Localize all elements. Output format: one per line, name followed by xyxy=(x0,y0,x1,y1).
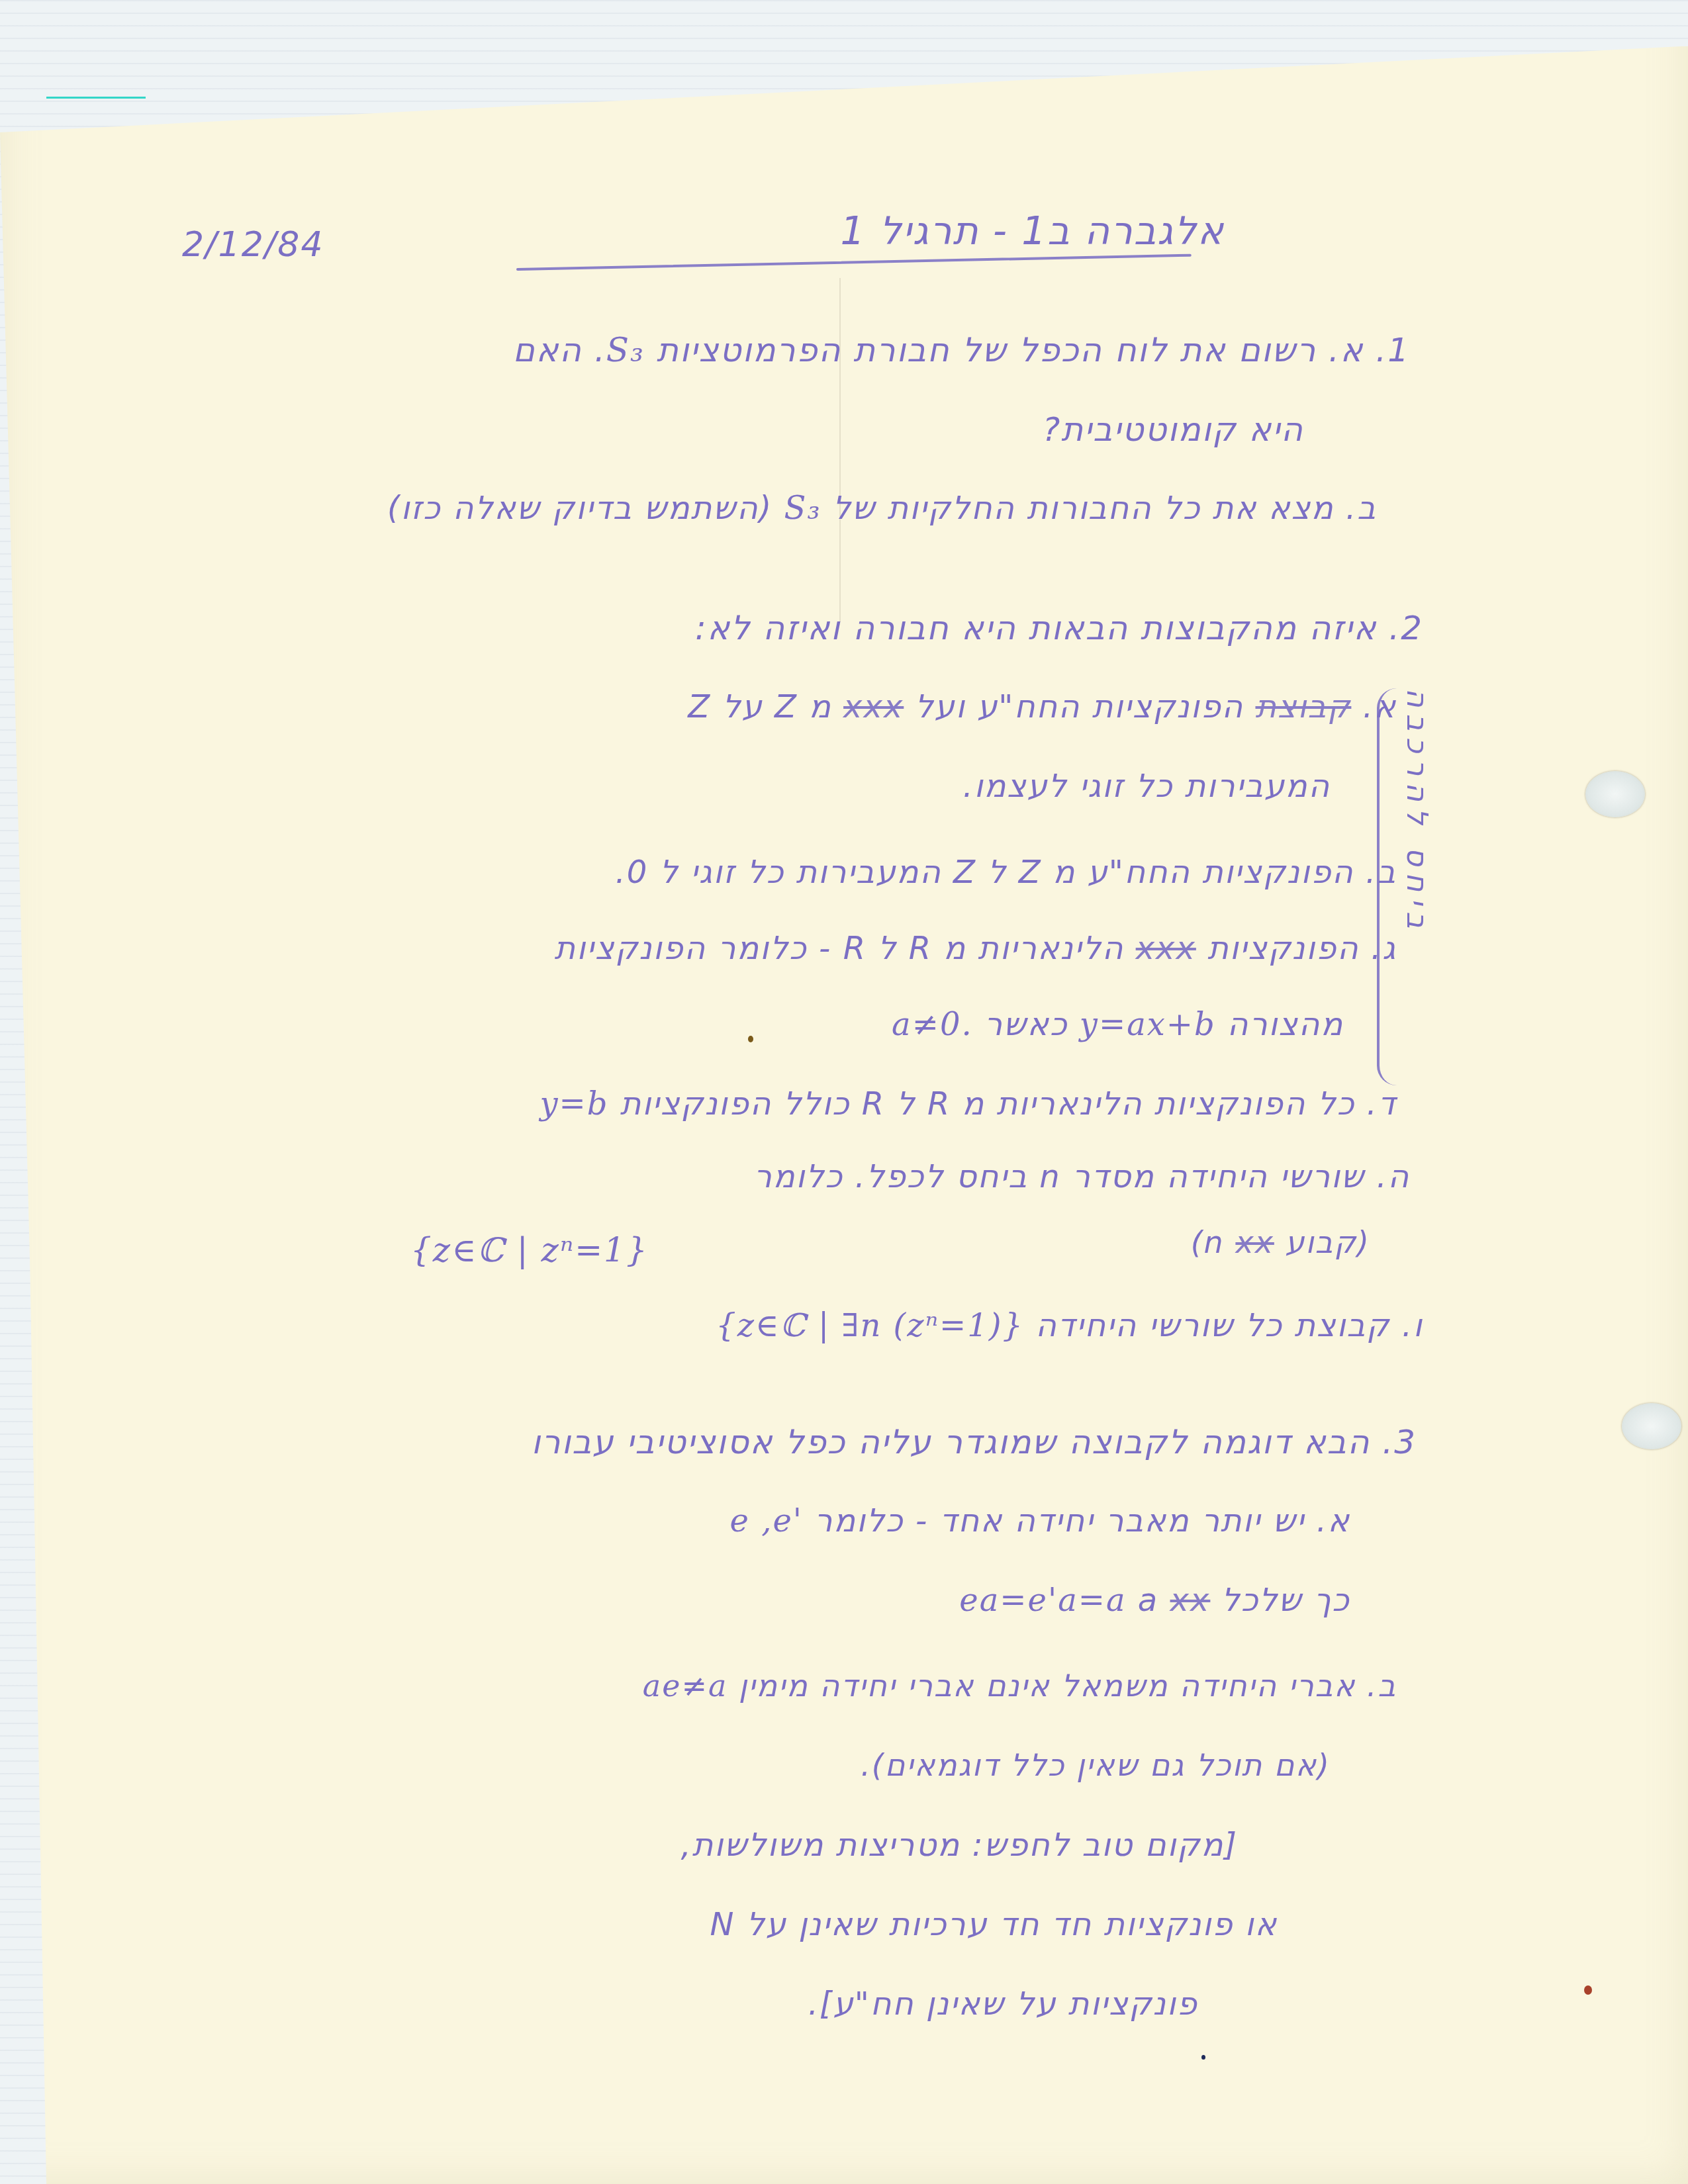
question-2c-continuation: מהצורה y=ax+b כאשר a≠0. xyxy=(892,1006,1344,1043)
question-2-intro: 2. איזה מהקבוצות הבאות היא חבורה ואיזה ל… xyxy=(695,609,1423,647)
hint-line-2: או פונקציות חד חד ערכיות שאינן על N xyxy=(710,1906,1278,1943)
question-2f: ו. קבוצת כל שורשי היחידה {z∈ℂ | ∃n (zⁿ=1… xyxy=(716,1307,1423,1344)
hint-line-3: פונקציות על שאינן חח"ע]. xyxy=(808,1985,1198,2023)
part-label: א. xyxy=(1363,688,1397,725)
question-3-intro: 3. הבא דוגמה לקבוצה שמוגדר עליה כפל אסוצ… xyxy=(532,1423,1417,1461)
math-expression: y=ax+b xyxy=(1080,1006,1216,1043)
math-expression: y=b xyxy=(539,1085,608,1122)
part-text: מצא את כל החבורות החלקיות של xyxy=(833,490,1335,527)
math-expression: ea=e'a=a xyxy=(959,1582,1126,1619)
punch-hole-icon xyxy=(1622,1403,1681,1449)
math-expression: e ,e' xyxy=(730,1502,804,1539)
math-expression: a≠0. xyxy=(892,1006,973,1043)
part-text: הלינאריות מ R ל R - כלומר הפונקציות xyxy=(555,930,1125,967)
part-text: הפונקציות xyxy=(1207,930,1360,967)
part-label: א. xyxy=(1329,331,1364,369)
dirt-speck-icon xyxy=(748,1036,753,1042)
ink-stain-icon xyxy=(1584,1985,1592,1995)
part-label: ב. xyxy=(1366,854,1397,891)
dirt-speck-icon xyxy=(1201,2055,1205,2060)
part-label: ו. xyxy=(1402,1307,1423,1344)
scanner-artifact-streak xyxy=(46,97,146,99)
part-text: כאשר xyxy=(984,1006,1068,1043)
page-title: אלגברה ב1 - תרגיל 1 xyxy=(840,208,1225,253)
part-text: הפונקציות החח"ע מ Z ל Z המעבירות כל זוגי… xyxy=(616,854,1354,891)
question-number: 1. xyxy=(1376,331,1410,369)
margin-note: ביחס להרכבה xyxy=(1400,688,1434,935)
math-set-expression: {z∈ℂ | zⁿ=1} xyxy=(410,1231,649,1269)
question-2e: ה. שורשי היחידה מסדר n ביחס לכפל. כלומר xyxy=(754,1158,1410,1195)
math-set-expression: {z∈ℂ | ∃n (zⁿ=1)} xyxy=(716,1307,1024,1344)
note-text: קבוע) xyxy=(1285,1224,1370,1260)
part-text: יש יותר מאבר יחידה אחד - כלומר xyxy=(814,1502,1305,1539)
math-expression: ae≠a xyxy=(643,1668,728,1704)
math-expression: S₃ xyxy=(606,331,645,369)
math-expression: S₃ xyxy=(784,490,821,527)
part-label: ב. xyxy=(1367,1668,1397,1704)
struck-text: xx xyxy=(1235,1224,1274,1260)
question-3a-continuation: כך שלכל a xx ea=e'a=a xyxy=(959,1582,1350,1619)
question-2a: א. קבוצת הפונקציות החח"ע ועל xxx מ Z על … xyxy=(688,688,1397,725)
part-text: מ Z על Z xyxy=(688,688,831,725)
question-1b: ב. מצא את כל החבורות החלקיות של S₃ (השתמ… xyxy=(387,490,1377,527)
punch-hole-icon xyxy=(1585,771,1645,817)
question-number: 2. xyxy=(1389,609,1423,647)
question-2a-continuation: המעבירות כל זוגי לעצמו. xyxy=(962,768,1331,805)
part-text: רשום את לוח הכפל של חבורת הפרמוטציות xyxy=(657,331,1317,369)
note-text: (n xyxy=(1191,1224,1225,1260)
hint-line-1: [מקום טוב לחפש: מטריצות משולשות, xyxy=(680,1827,1238,1864)
struck-text: xxx xyxy=(1136,930,1196,967)
question-number: 3. xyxy=(1382,1423,1417,1461)
part-text: הפונקציות החח"ע ועל xyxy=(915,688,1244,725)
struck-text: xx xyxy=(1170,1582,1211,1619)
question-1a: 1. א. רשום את לוח הכפל של חבורת הפרמוטצי… xyxy=(513,331,1410,369)
question-3a: א. יש יותר מאבר יחידה אחד - כלומר e ,e' xyxy=(730,1502,1350,1539)
part-text: שורשי היחידה מסדר n ביחס לכפל. כלומר xyxy=(754,1158,1365,1195)
struck-text: קבוצת xyxy=(1255,688,1351,725)
part-label: א. xyxy=(1317,1502,1350,1539)
part-label: ב. xyxy=(1346,490,1377,527)
struck-text: xxx xyxy=(843,688,904,725)
question-2c: ג. הפונקציות xxx הלינאריות מ R ל R - כלו… xyxy=(555,930,1397,967)
part-text: קבוצת כל שורשי היחידה xyxy=(1035,1307,1390,1344)
question-2e-note: (n xx קבוע) xyxy=(1191,1224,1370,1260)
question-3b-continuation: (אם תוכל גם שאין כלל דוגמאים). xyxy=(861,1747,1331,1783)
part-label: ג. xyxy=(1371,930,1397,967)
part-text-after: . האם xyxy=(513,331,606,369)
question-intro: הבא דוגמה לקבוצה שמוגדר עליה כפל אסוציטי… xyxy=(532,1423,1371,1461)
part-label: ה. xyxy=(1376,1158,1410,1195)
part-text: מהצורה xyxy=(1227,1006,1344,1043)
date: 2/12/84 xyxy=(182,225,324,265)
question-intro: איזה מהקבוצות הבאות היא חבורה ואיזה לא: xyxy=(695,609,1377,647)
question-1a-continuation: היא קומוטטיבית? xyxy=(1043,410,1304,449)
part-label: ד. xyxy=(1367,1085,1397,1122)
question-3b: ב. אברי היחידה משמאל אינם אברי יחידה מימ… xyxy=(643,1668,1397,1704)
part-note: (השתמש בדיוק שאלה כזו) xyxy=(387,490,773,527)
part-text: כל הפונקציות הלינאריות מ R ל R כולל הפונ… xyxy=(620,1085,1356,1122)
part-text: אברי היחידה משמאל אינם אברי יחידה מימין xyxy=(739,1668,1356,1704)
paper-fold-line xyxy=(839,278,841,622)
question-2b: ב. הפונקציות החח"ע מ Z ל Z המעבירות כל ז… xyxy=(616,854,1397,891)
question-2d: ד. כל הפונקציות הלינאריות מ R ל R כולל ה… xyxy=(539,1085,1397,1122)
